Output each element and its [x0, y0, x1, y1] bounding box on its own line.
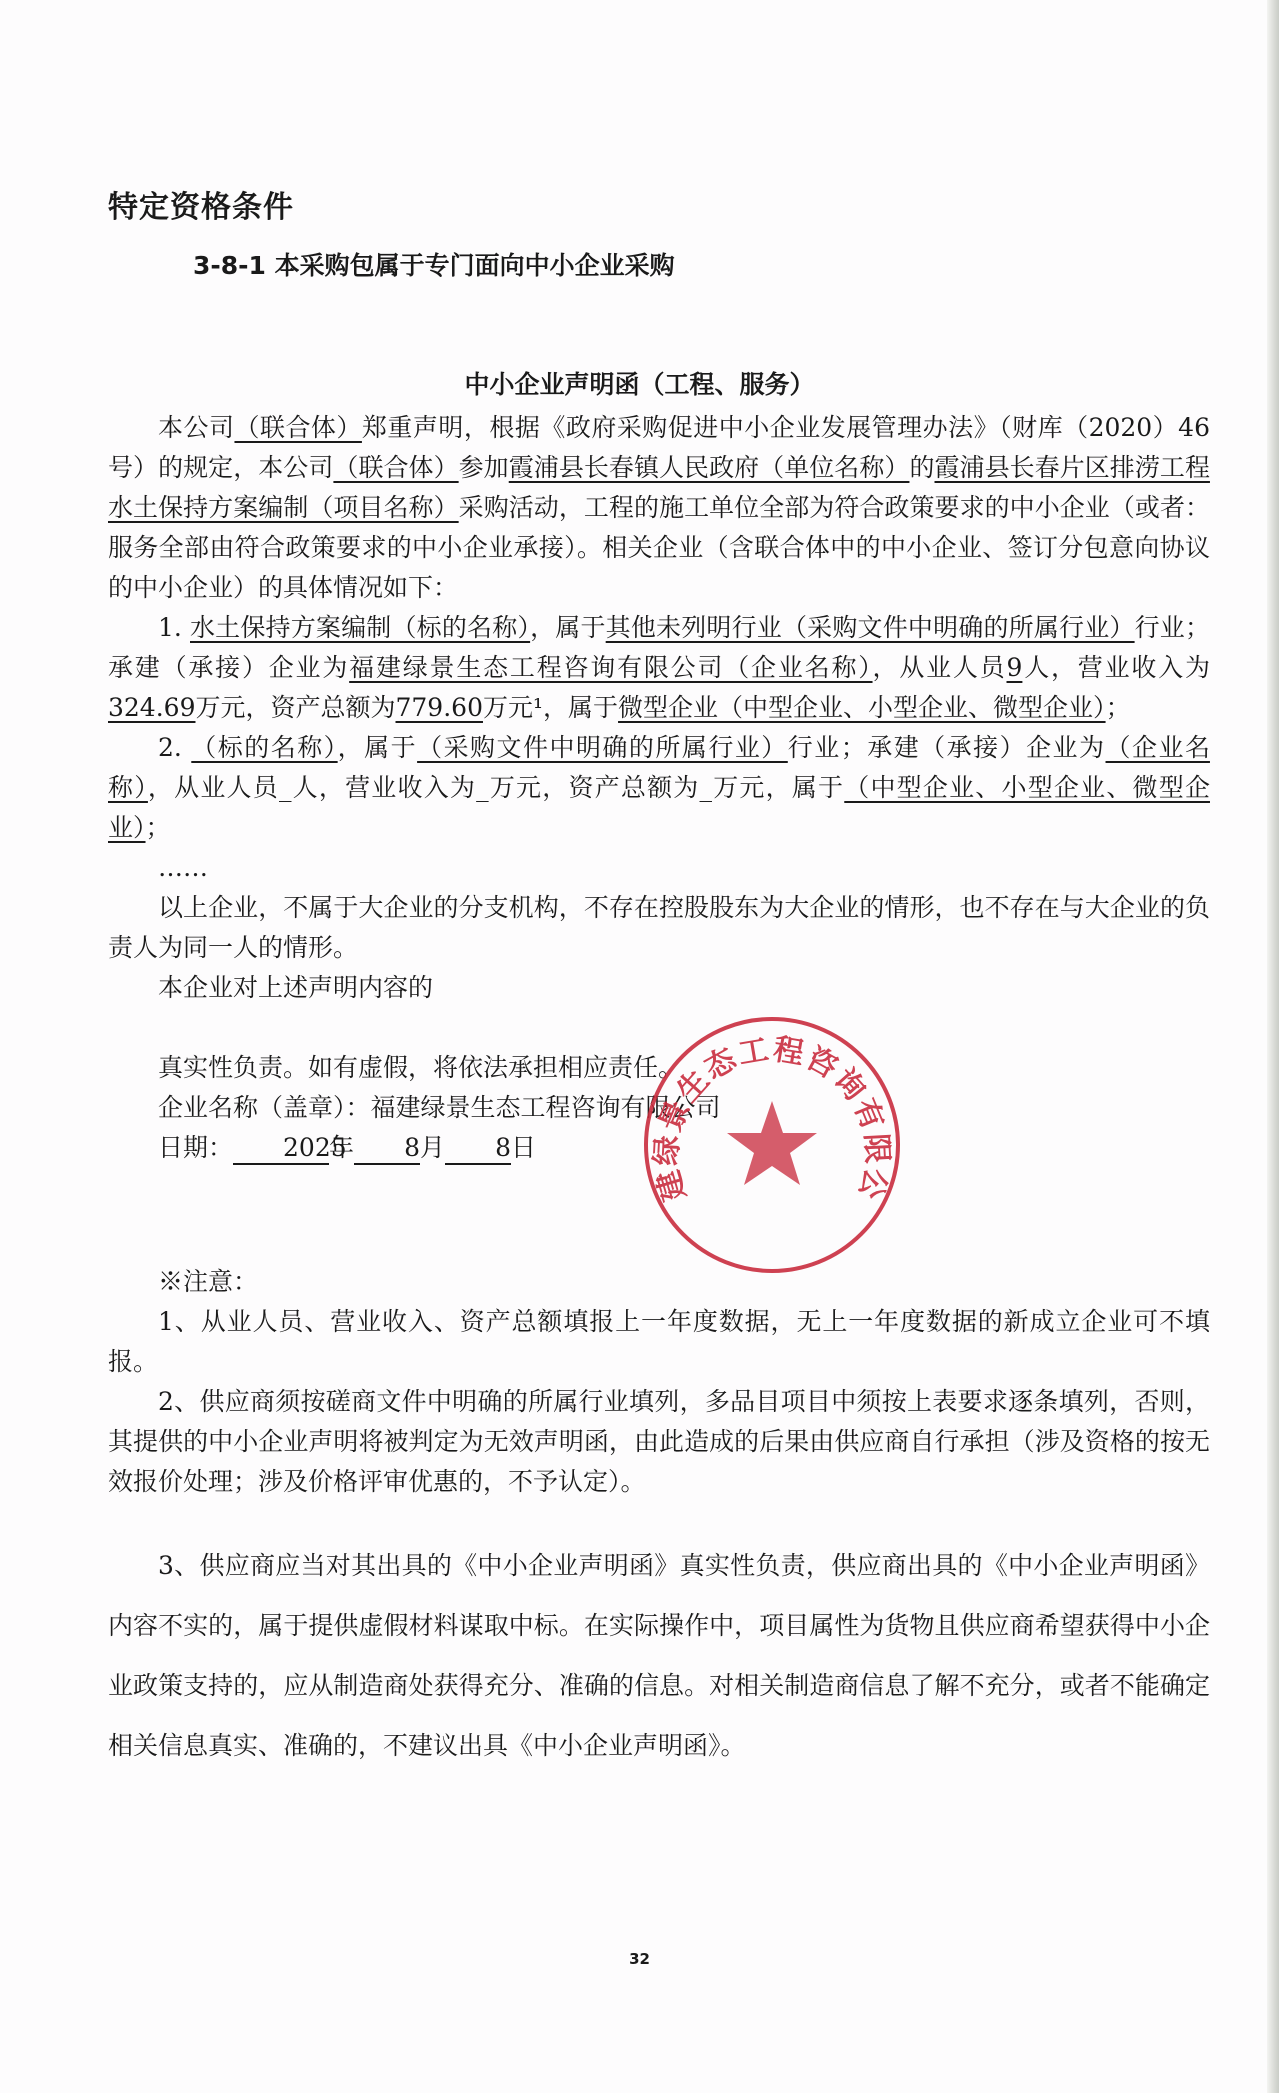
- responsibility-line-2: 真实性负责。如有虚假，将依法承担相应责任。: [108, 1048, 1210, 1088]
- item-text: 人，营业收入为: [1022, 653, 1210, 682]
- industry-field: 其他未列明行业（采购文件中明确的所属行业）: [606, 613, 1135, 642]
- statement-paragraph: 以上企业，不属于大企业的分支机构，不存在控股股东为大企业的情形，也不存在与大企业…: [108, 888, 1210, 968]
- date-month: 8: [354, 1133, 420, 1165]
- note-1: 1、从业人员、营业收入、资产总额填报上一年度数据，无上一年度数据的新成立企业可不…: [108, 1302, 1210, 1382]
- document-title: 中小企业声明函（工程、服务）: [0, 365, 1279, 401]
- item-text: ，属于: [338, 733, 417, 762]
- industry-field: （采购文件中明确的所属行业）: [417, 733, 788, 762]
- item-text: ，属于: [530, 613, 606, 642]
- note-2: 2、供应商须按磋商文件中明确的所属行业填列，多品目项目中须按上表要求逐条填列，否…: [108, 1382, 1210, 1502]
- responsibility-line-1: 本企业对上述声明内容的: [108, 968, 1210, 1008]
- item-text: 行业；承建（承接）企业为: [788, 733, 1106, 762]
- intro-text: 的: [909, 453, 934, 482]
- notes-section: ※注意： 1、从业人员、营业收入、资产总额填报上一年度数据，无上一年度数据的新成…: [108, 1262, 1210, 1776]
- enterprise-item-1: 1. 水土保持方案编制（标的名称），属于其他未列明行业（采购文件中明确的所属行业…: [108, 608, 1210, 728]
- purchaser-field: 霞浦县长春镇人民政府（单位名称）: [509, 453, 910, 482]
- company-name: 福建绿景生态工程咨询有限公司: [371, 1093, 721, 1122]
- date-unit: 月: [420, 1133, 445, 1162]
- subject-field: （标的名称）: [191, 733, 337, 762]
- notes-header: ※注意：: [108, 1262, 1210, 1302]
- section-subheading: 3-8-1 本采购包属于专门面向中小企业采购: [193, 246, 675, 282]
- revenue-field: 324.69: [108, 693, 195, 722]
- company-label: 企业名称（盖章）：: [158, 1093, 371, 1122]
- item-number: 2.: [158, 733, 191, 762]
- date-unit: 日: [511, 1133, 536, 1162]
- intro-paragraph: 本公司（联合体）郑重声明，根据《政府采购促进中小企业发展管理办法》（财库（202…: [108, 408, 1210, 608]
- assets-field: 779.60: [396, 693, 483, 722]
- item-text: ，属于: [543, 693, 618, 722]
- footnote-mark: ¹: [533, 693, 543, 722]
- consortium-field: （联合体）: [234, 413, 361, 442]
- intro-text: 本公司: [158, 413, 234, 442]
- date-line: 日期：2025年8月8日: [108, 1128, 1210, 1168]
- item-text: 万元，资产总额为: [195, 693, 395, 722]
- declaration-body: 本公司（联合体）郑重声明，根据《政府采购促进中小企业发展管理办法》（财库（202…: [108, 408, 1210, 1168]
- date-day: 8: [445, 1133, 511, 1165]
- note-3: 3、供应商应当对其出具的《中小企业声明函》真实性负责，供应商出具的《中小企业声明…: [108, 1536, 1210, 1776]
- employees-field: 9: [1007, 653, 1023, 682]
- item-text: ；: [1106, 693, 1131, 722]
- item-text: ，从业人员_人，营业收入为_万元，资产总额为_万元，属于: [148, 773, 844, 802]
- company-signature-line: 企业名称（盖章）：福建绿景生态工程咨询有限公司: [108, 1088, 1210, 1128]
- page-edge-shadow: [1267, 0, 1279, 2093]
- section-heading: 特定资格条件: [108, 182, 294, 226]
- date-year: 2025: [233, 1133, 329, 1165]
- intro-text: 参加: [459, 453, 509, 482]
- ellipsis: ……: [108, 848, 1210, 888]
- page-number: 32: [0, 1950, 1279, 1968]
- enterprise-item-2: 2. （标的名称），属于（采购文件中明确的所属行业）行业；承建（承接）企业为（企…: [108, 728, 1210, 848]
- item-text: 万元: [483, 693, 533, 722]
- company-field: 福建绿景生态工程咨询有限公司（企业名称）: [349, 653, 872, 682]
- item-number: 1.: [158, 613, 190, 642]
- item-text: ；: [146, 813, 171, 842]
- date-label: 日期：: [158, 1133, 233, 1162]
- consortium-field: （联合体）: [333, 453, 458, 482]
- subject-field: 水土保持方案编制（标的名称）: [190, 613, 530, 642]
- date-unit: 年: [329, 1133, 354, 1162]
- enterprise-size-field: 微型企业（中型企业、小型企业、微型企业）: [618, 693, 1106, 722]
- item-text: ，从业人员: [873, 653, 1007, 682]
